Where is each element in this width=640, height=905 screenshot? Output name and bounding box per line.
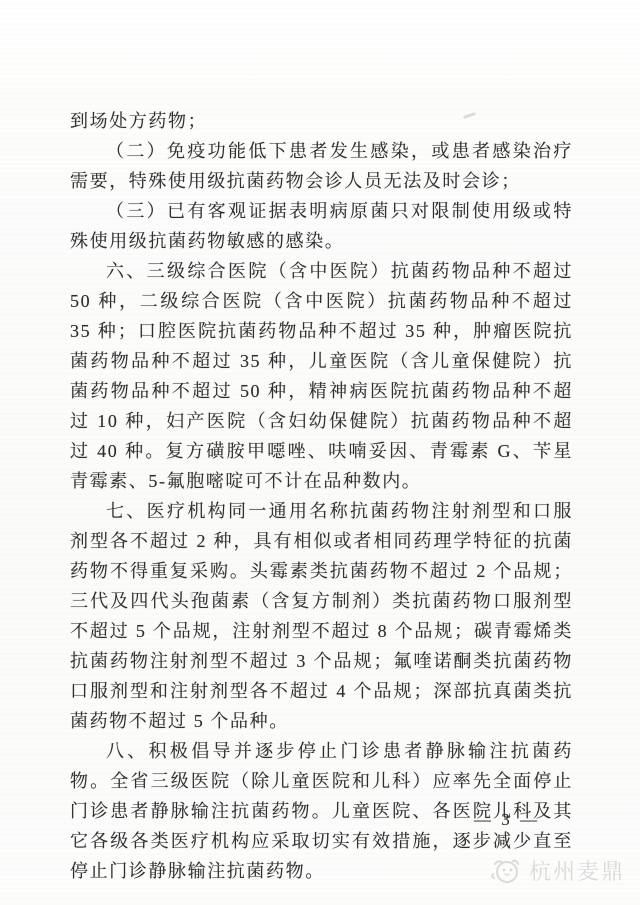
paragraph-continuation: 到场处方药物；	[70, 106, 573, 136]
document-body: 到场处方药物； （二）免疫功能低下患者发生感染，或患者感染治疗需要，特殊使用级抗…	[70, 106, 573, 886]
scanned-document-page: 到场处方药物； （二）免疫功能低下患者发生感染，或患者感染治疗需要，特殊使用级抗…	[0, 0, 640, 905]
maiding-logo-icon	[488, 854, 524, 886]
paragraph-item-3: （三）已有客观证据表明病原菌只对限制使用级或特殊使用级抗菌药物敏感的感染。	[70, 196, 573, 256]
page-number: — 3 —	[474, 810, 540, 830]
paragraph-section-7: 七、医疗机构同一通用名称抗菌药物注射剂型和口服剂型各不超过 2 种，具有相似或者…	[70, 496, 573, 736]
watermark-text: 杭州麦鼎	[529, 855, 625, 886]
watermark: 杭州麦鼎	[488, 854, 625, 886]
paragraph-item-2: （二）免疫功能低下患者发生感染，或患者感染治疗需要，特殊使用级抗菌药物会诊人员无…	[70, 136, 573, 196]
paragraph-section-6: 六、三级综合医院（含中医院）抗菌药物品种不超过 50 种，二级综合医院（含中医院…	[70, 256, 573, 496]
